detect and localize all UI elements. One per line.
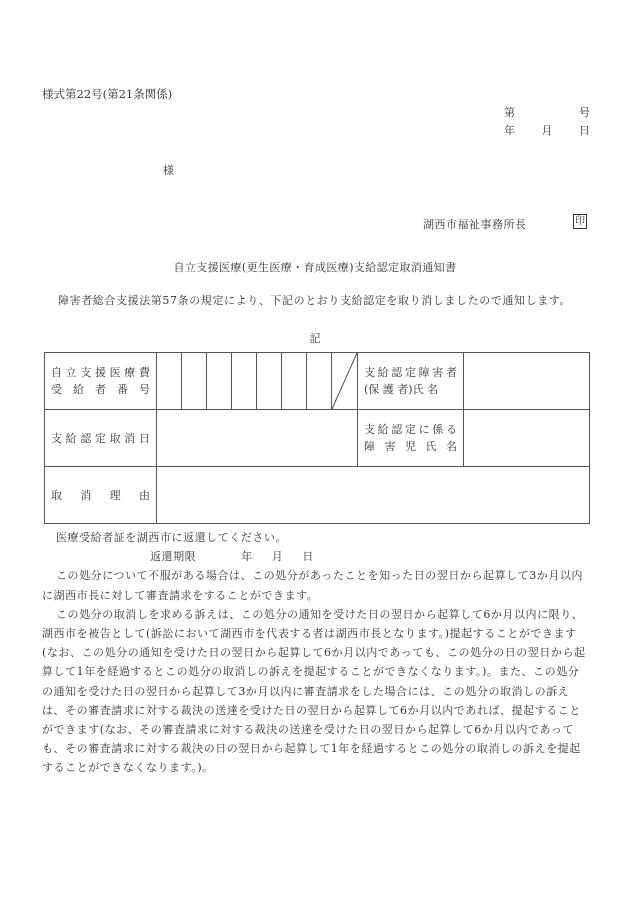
cancel-reason-value[interactable] xyxy=(157,467,590,524)
lawsuit-paragraph: この処分の取消しを求める訴えは、この処分の通知を受けた日の翌日から起算して6か月… xyxy=(42,605,590,778)
recipient-guardian-name-value[interactable] xyxy=(464,353,590,410)
date-day: 日 xyxy=(579,122,590,138)
label-line-1: 自立支援医療費 xyxy=(51,364,150,381)
return-year: 年 xyxy=(241,547,253,566)
digit-cell-4[interactable] xyxy=(232,353,257,410)
digit-cell-crossed xyxy=(332,353,358,410)
digit-cell-6[interactable] xyxy=(282,353,307,410)
recipient-guardian-name-label: 支給認定障害者 (保 護 者)氏 名 xyxy=(358,353,464,410)
addressee-suffix: 様 xyxy=(163,162,174,178)
cancel-date-value[interactable] xyxy=(157,410,358,467)
table-row-cancel-reason: 取消理由 xyxy=(45,467,590,524)
return-deadline-label: 返還期限 xyxy=(150,547,196,566)
return-notice: 医療受給者証を湖西市に返還してください。 xyxy=(42,528,590,547)
digit-cell-2[interactable] xyxy=(182,353,207,410)
return-month: 月 xyxy=(272,547,284,566)
return-day: 日 xyxy=(302,547,314,566)
issuer-name: 湖西市福祉事務所長 xyxy=(423,216,527,232)
return-deadline-line: 返還期限 年 月 日 xyxy=(42,547,590,566)
table-row-recipient-number: 自立支援医療費 受給者番号 支給認定障害者 (保 護 者)氏 名 xyxy=(45,353,590,410)
cancel-date-label: 支給認定取消日 xyxy=(45,410,157,467)
child-name-value[interactable] xyxy=(464,410,590,467)
document-title: 自立支援医療(更生医療・育成医療)支給認定取消通知書 xyxy=(0,259,630,275)
number-suffix: 号 xyxy=(579,104,590,120)
date-month: 月 xyxy=(542,122,553,138)
label-line-2: 受給者番号 xyxy=(51,381,150,398)
digit-cell-1[interactable] xyxy=(157,353,182,410)
recipient-number-label: 自立支援医療費 受給者番号 xyxy=(45,353,157,410)
details-table: 自立支援医療費 受給者番号 支給認定障害者 (保 護 者)氏 名 xyxy=(44,352,590,524)
issue-date-line: 年 月 日 xyxy=(504,122,590,138)
document-number-line: 第 号 xyxy=(504,104,590,120)
digit-cell-7[interactable] xyxy=(307,353,332,410)
table-row-cancel-date: 支給認定取消日 支給認定に係る 障害児氏名 xyxy=(45,410,590,467)
notes-section: 医療受給者証を湖西市に返還してください。 返還期限 年 月 日 この処分について… xyxy=(42,528,590,778)
seal-mark: 印 xyxy=(573,214,587,229)
number-prefix: 第 xyxy=(504,104,515,120)
appeal-paragraph: この処分について不服がある場合は、この処分があったことを知った日の翌日から起算し… xyxy=(42,566,590,604)
form-number: 様式第22号(第21条関係) xyxy=(42,86,172,102)
ki-heading: 記 xyxy=(0,330,630,346)
cancel-reason-label: 取消理由 xyxy=(45,467,157,524)
digit-cell-3[interactable] xyxy=(207,353,232,410)
digit-cell-5[interactable] xyxy=(257,353,282,410)
date-year: 年 xyxy=(504,122,515,138)
intro-text: 障害者総合支援法第57条の規定により、下記のとおり支給認定を取り消しましたので通… xyxy=(58,292,571,308)
diagonal-slash-icon xyxy=(332,353,357,409)
child-name-label: 支給認定に係る 障害児氏名 xyxy=(358,410,464,467)
